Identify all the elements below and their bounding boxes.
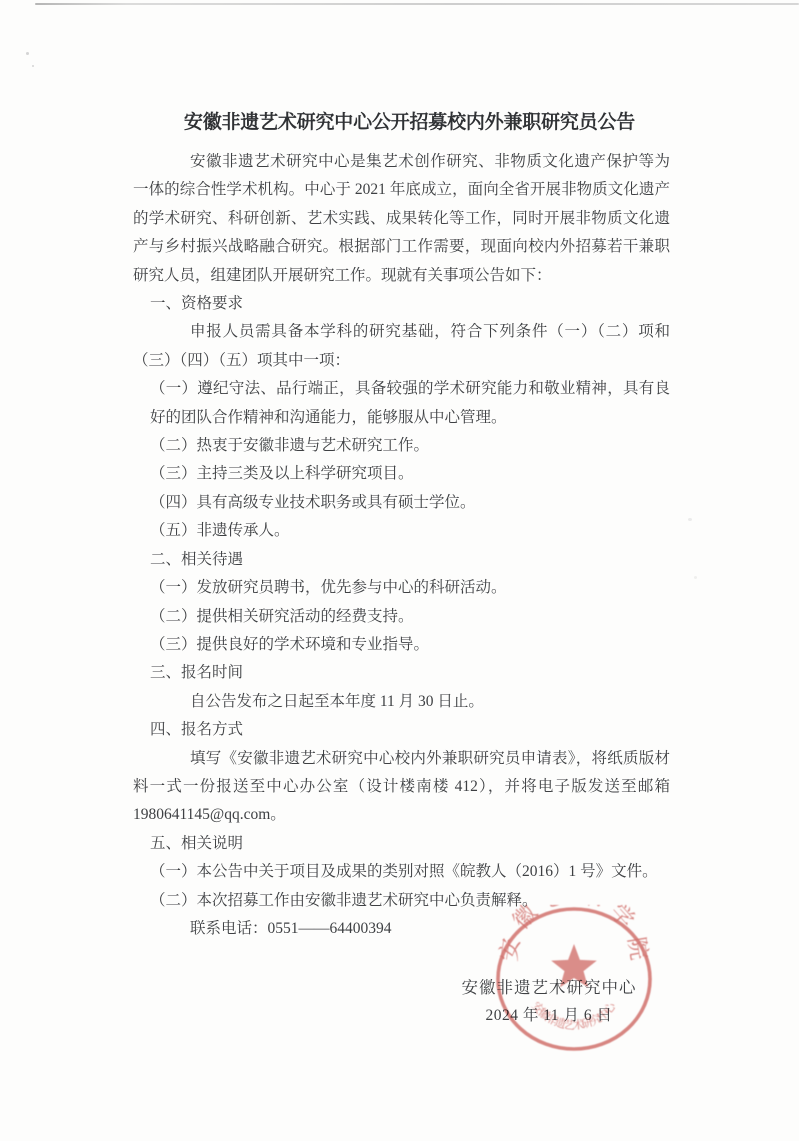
intro-paragraph: 安徽非遗艺术研究中心是集艺术创作研究、非物质文化遗产保护等为一体的综合性学术机构… <box>133 148 670 290</box>
qualification-item-3: （三）主持三类及以上科学研究项目。 <box>133 460 670 488</box>
section-1-intro: 申报人员需具备本学科的研究基础，符合下列条件（一）（二）项和（三）（四）（五）项… <box>133 318 670 375</box>
section-4-heading: 四、报名方式 <box>133 716 670 744</box>
scan-speck <box>694 576 697 579</box>
note-item-2: （二）本次招募工作由安徽非遗艺术研究中心负责解释。 <box>133 887 670 915</box>
benefit-item-2: （二）提供相关研究活动的经费支持。 <box>133 603 670 631</box>
signature-block: 安徽非遗艺术研究中心 2024 年 11 月 6 日 <box>419 974 679 1030</box>
signature-date: 2024 年 11 月 6 日 <box>419 1002 679 1030</box>
contact-phone-line: 联系电话：0551——64400394 <box>133 915 670 943</box>
signature-org: 安徽非遗艺术研究中心 <box>419 974 679 1002</box>
scan-speck <box>26 52 29 55</box>
announcement-document: 安徽非遗艺术研究中心公开招募校内外兼职研究员公告 安徽非遗艺术研究中心是集艺术创… <box>133 108 670 943</box>
section-1-heading: 一、资格要求 <box>133 290 670 318</box>
qualification-item-4: （四）具有高级专业技术职务或具有硕士学位。 <box>133 489 670 517</box>
section-2-heading: 二、相关待遇 <box>133 546 670 574</box>
document-title: 安徽非遗艺术研究中心公开招募校内外兼职研究员公告 <box>149 108 670 138</box>
scanner-artifact-line <box>35 3 799 5</box>
note-item-1: （一）本公告中关于项目及成果的类别对照《皖教人（2016）1 号》文件。 <box>133 858 670 886</box>
benefit-item-1: （一）发放研究员聘书，优先参与中心的科研活动。 <box>133 574 670 602</box>
scan-speck <box>688 518 692 521</box>
qualification-item-5: （五）非遗传承人。 <box>133 517 670 545</box>
benefit-item-3: （三）提供良好的学术环境和专业指导。 <box>133 631 670 659</box>
scan-speck <box>32 65 34 67</box>
qualification-item-2: （二）热衷于安徽非遗与艺术研究工作。 <box>133 432 670 460</box>
qualification-item-1: （一）遵纪守法、品行端正，具备较强的学术研究能力和敬业精神，具有良好的团队合作精… <box>133 375 670 432</box>
section-3-heading: 三、报名时间 <box>133 659 670 687</box>
application-paragraph: 填写《安徽非遗艺术研究中心校内外兼职研究员申请表》，将纸质版材料一式一份报送至中… <box>133 745 670 830</box>
section-5-heading: 五、相关说明 <box>133 830 670 858</box>
deadline-paragraph: 自公告发布之日起至本年度 11 月 30 日止。 <box>133 688 670 716</box>
